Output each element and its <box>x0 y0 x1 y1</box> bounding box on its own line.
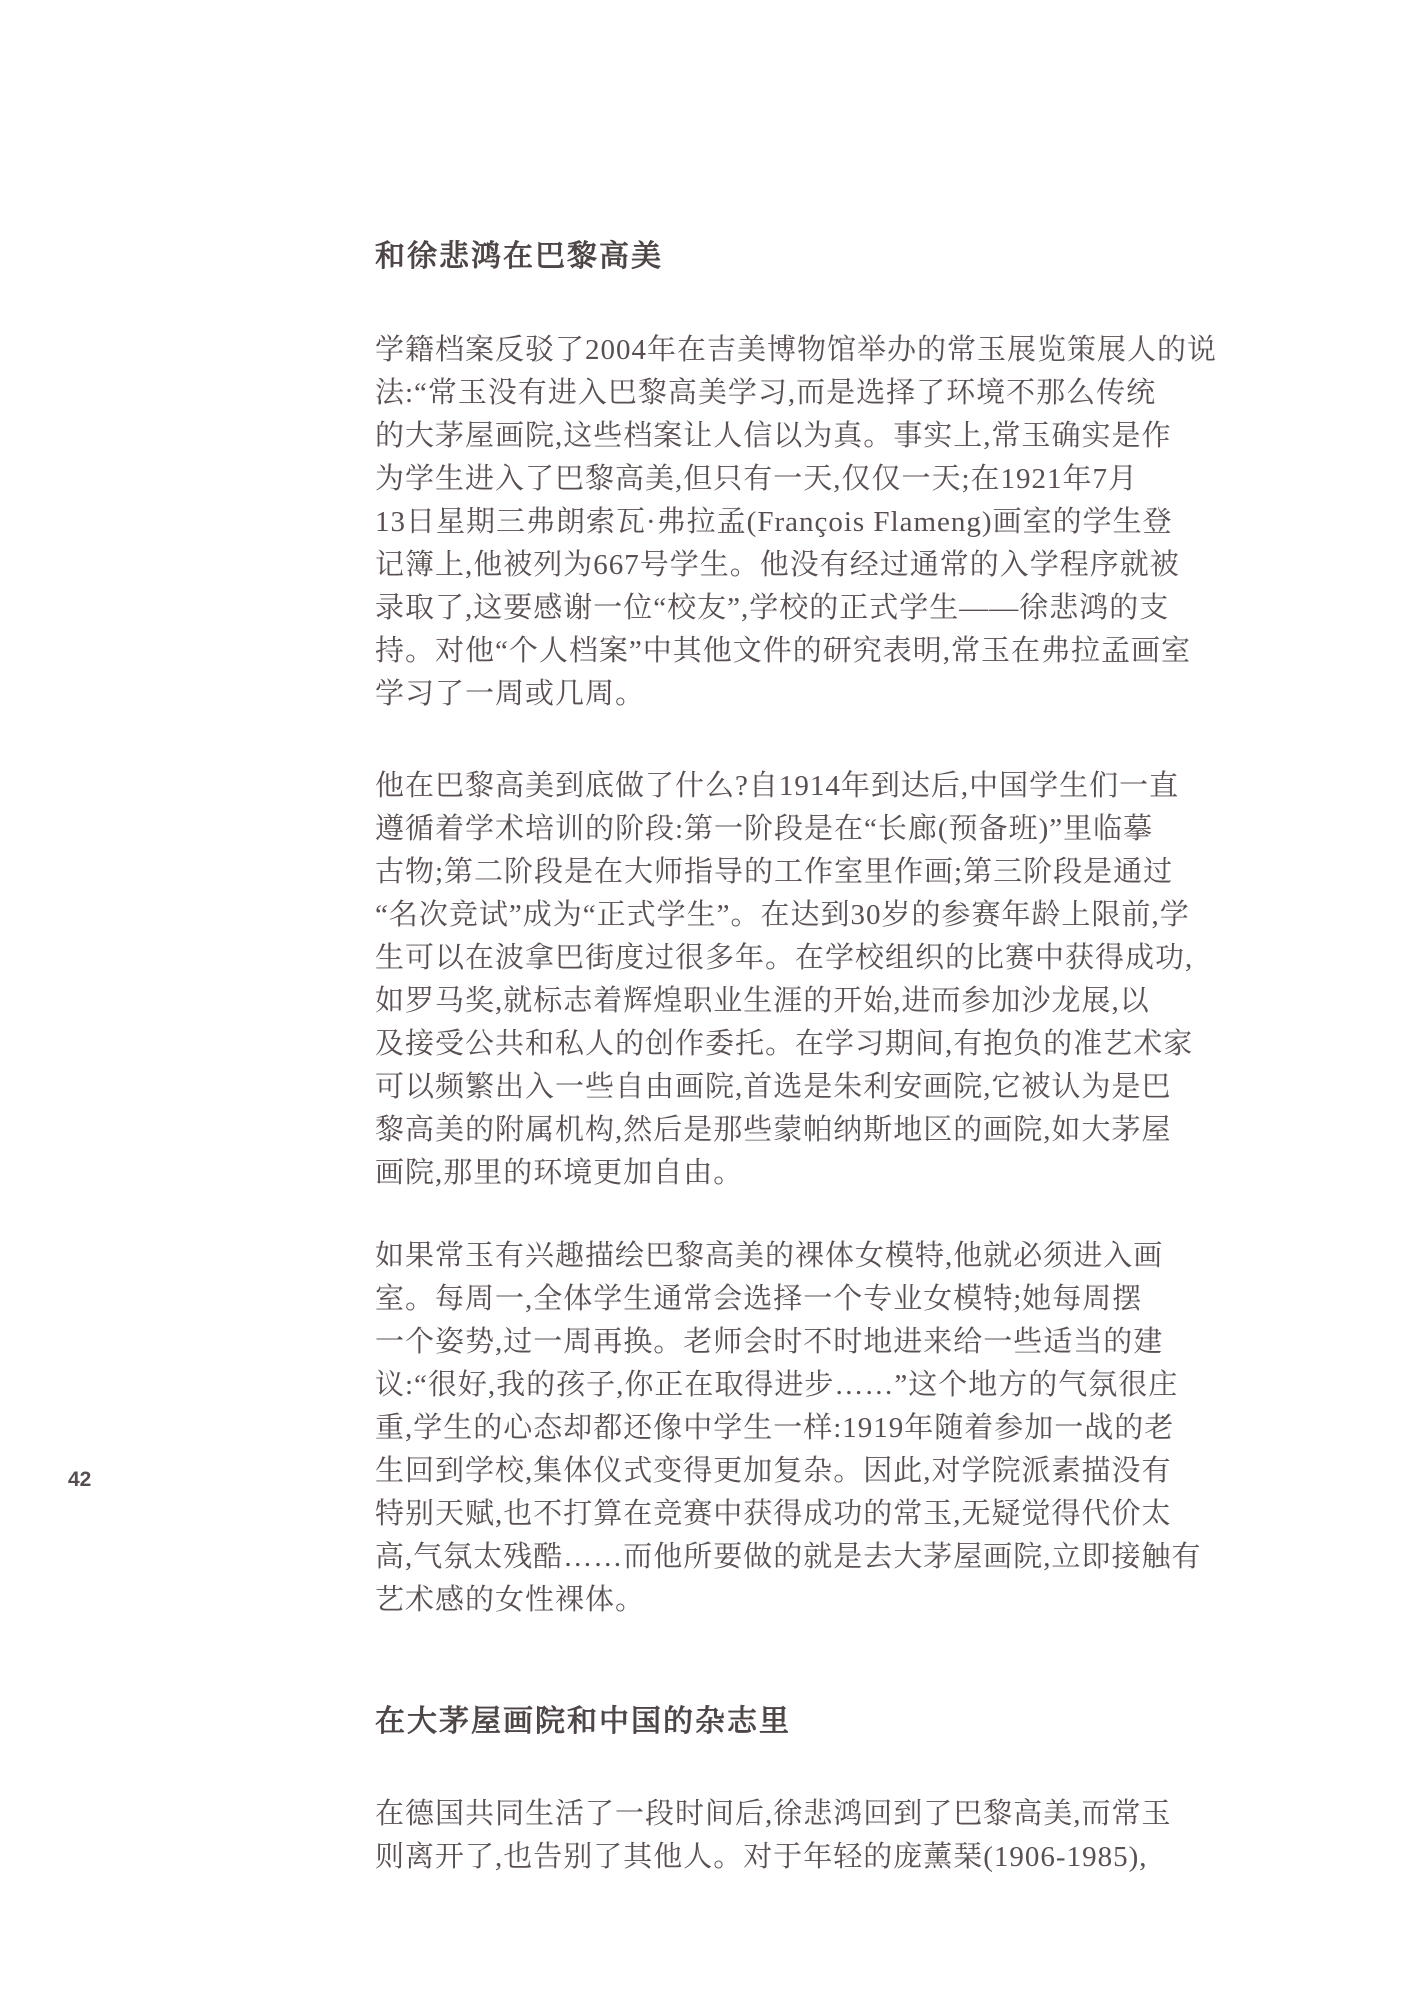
text-line: 如罗马奖,就标志着辉煌职业生涯的开始,进而参加沙龙展,以 <box>375 980 1235 1023</box>
text-line: 他在巴黎高美到底做了什么?自1914年到达后,中国学生们一直 <box>375 765 1235 808</box>
text-line: 室。每周一,全体学生通常会选择一个专业女模特;她每周摆 <box>375 1278 1235 1321</box>
text-line: 学习了一周或几周。 <box>375 673 1235 716</box>
text-line: 的大茅屋画院,这些档案让人信以为真。事实上,常玉确实是作 <box>375 415 1235 458</box>
text-line: “名次竞试”成为“正式学生”。在达到30岁的参赛年龄上限前,学 <box>375 894 1235 937</box>
paragraph-academic-stages: 他在巴黎高美到底做了什么?自1914年到达后,中国学生们一直遵循着学术培训的阶段… <box>375 765 1235 1195</box>
section-heading-xu-beihong: 和徐悲鸿在巴黎高美 <box>375 235 663 278</box>
text-line: 记簿上,他被列为667号学生。他没有经过通常的入学程序就被 <box>375 544 1235 587</box>
text-line: 重,学生的心态却都还像中学生一样:1919年随着参加一战的老 <box>375 1407 1235 1450</box>
book-page: 42 和徐悲鸿在巴黎高美 学籍档案反驳了2004年在吉美博物馆举办的常玉展览策展… <box>0 0 1418 2000</box>
text-line: 画院,那里的环境更加自由。 <box>375 1152 1235 1195</box>
text-line: 特别天赋,也不打算在竞赛中获得成功的常玉,无疑觉得代价太 <box>375 1493 1235 1536</box>
text-line: 在德国共同生活了一段时间后,徐悲鸿回到了巴黎高美,而常玉 <box>375 1793 1235 1836</box>
text-line: 为学生进入了巴黎高美,但只有一天,仅仅一天;在1921年7月 <box>375 458 1235 501</box>
text-line: 议:“很好,我的孩子,你正在取得进步……”这个地方的气氛很庄 <box>375 1364 1235 1407</box>
text-line: 一个姿势,过一周再换。老师会时不时地进来给一些适当的建 <box>375 1321 1235 1364</box>
text-line: 13日星期三弗朗索瓦·弗拉孟(François Flameng)画室的学生登 <box>375 501 1235 544</box>
text-line: 法:“常玉没有进入巴黎高美学习,而是选择了环境不那么传统 <box>375 372 1235 415</box>
paragraph-student-records: 学籍档案反驳了2004年在吉美博物馆举办的常玉展览策展人的说法:“常玉没有进入巴… <box>375 329 1235 716</box>
text-line: 遵循着学术培训的阶段:第一阶段是在“长廊(预备班)”里临摹 <box>375 808 1235 851</box>
text-line: 生回到学校,集体仪式变得更加复杂。因此,对学院派素描没有 <box>375 1450 1235 1493</box>
text-line: 古物;第二阶段是在大师指导的工作室里作画;第三阶段是通过 <box>375 851 1235 894</box>
text-line: 艺术感的女性裸体。 <box>375 1579 1235 1622</box>
text-line: 则离开了,也告别了其他人。对于年轻的庞薰琹(1906-1985), <box>375 1836 1235 1879</box>
text-line: 及接受公共和私人的创作委托。在学习期间,有抱负的准艺术家 <box>375 1023 1235 1066</box>
text-line: 可以频繁出入一些自由画院,首选是朱利安画院,它被认为是巴 <box>375 1066 1235 1109</box>
text-line: 学籍档案反驳了2004年在吉美博物馆举办的常玉展览策展人的说 <box>375 329 1235 372</box>
paragraph-germany-return: 在德国共同生活了一段时间后,徐悲鸿回到了巴黎高美,而常玉则离开了,也告别了其他人… <box>375 1793 1235 1879</box>
text-line: 如果常玉有兴趣描绘巴黎高美的裸体女模特,他就必须进入画 <box>375 1235 1235 1278</box>
section-heading-grande-chaumiere: 在大茅屋画院和中国的杂志里 <box>375 1700 791 1743</box>
text-line: 高,气氛太残酷……而他所要做的就是去大茅屋画院,立即接触有 <box>375 1536 1235 1579</box>
text-line: 黎高美的附属机构,然后是那些蒙帕纳斯地区的画院,如大茅屋 <box>375 1109 1235 1152</box>
text-line: 录取了,这要感谢一位“校友”,学校的正式学生——徐悲鸿的支 <box>375 587 1235 630</box>
text-line: 生可以在波拿巴街度过很多年。在学校组织的比赛中获得成功, <box>375 937 1235 980</box>
page-number: 42 <box>68 1468 91 1492</box>
text-line: 持。对他“个人档案”中其他文件的研究表明,常玉在弗拉孟画室 <box>375 630 1235 673</box>
paragraph-nude-models: 如果常玉有兴趣描绘巴黎高美的裸体女模特,他就必须进入画室。每周一,全体学生通常会… <box>375 1235 1235 1622</box>
